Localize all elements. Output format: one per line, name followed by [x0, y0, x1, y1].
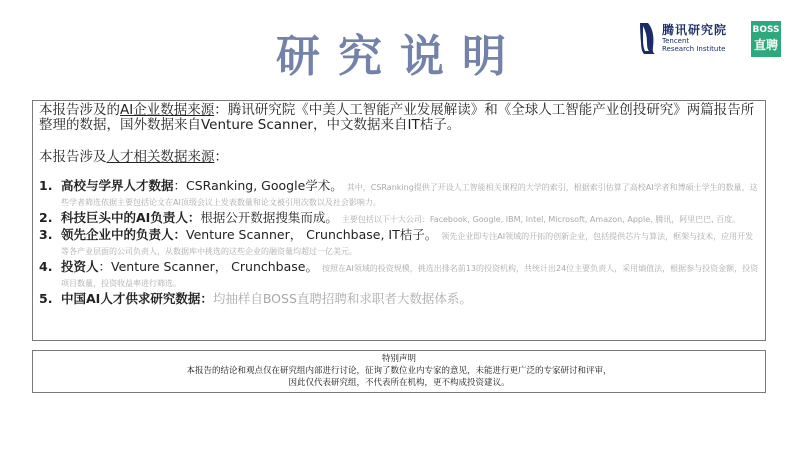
item-number: 3. — [39, 228, 61, 258]
talent-source-prefix: 本报告涉及 — [39, 149, 107, 165]
list-item: 2. 科技巨头中的AI负责人：根据公开数据搜集而成。 主要包括以下十大公司：Fa… — [39, 211, 759, 226]
list-item: 3. 领先企业中的负责人：Venture Scanner， Crunchbase… — [39, 228, 759, 258]
talent-source-label: 人才相关数据来源 — [107, 149, 215, 165]
tencent-penguin-icon — [638, 21, 656, 55]
item-number: 5. — [39, 292, 61, 306]
list-item: 4. 投资人：Venture Scanner， Crunchbase。 按照在A… — [39, 260, 759, 290]
talent-source-colon: ： — [215, 149, 229, 165]
boss-zhipin-logo: BOSS 直聘 — [751, 21, 781, 57]
disclaimer-title: 特别声明 — [33, 353, 765, 365]
ai-data-source-paragraph: 本报告涉及的AI企业数据来源：腾讯研究院《中美人工智能产业发展解读》和《全球人工… — [39, 103, 759, 133]
item-note: 主要包括以下十大公司：Facebook, Google, IBM, Intel,… — [342, 215, 740, 224]
item-number: 4. — [39, 260, 61, 290]
research-notes-box: 本报告涉及的AI企业数据来源：腾讯研究院《中美人工智能产业发展解读》和《全球人工… — [32, 100, 766, 341]
disclaimer-line-2: 因此仅代表研究组，不代表所在机构，更不构成投资建议。 — [33, 377, 765, 389]
item-heading: 科技巨头中的AI负责人： — [61, 210, 200, 225]
list-item: 5. 中国AI人才供求研究数据：均抽样自BOSS直聘招聘和求职者大数据体系。 — [39, 292, 759, 306]
ai-source-label: AI企业数据来源 — [120, 102, 214, 118]
ai-source-prefix: 本报告涉及的 — [39, 102, 120, 118]
item-heading: 高校与学界人才数据 — [61, 178, 174, 193]
item-heading: 中国AI人才供求研究数据： — [61, 291, 213, 306]
logo-name-en-1: Tencent — [662, 37, 727, 45]
item-number: 1. — [39, 179, 61, 209]
logo-name-cn: 腾讯研究院 — [662, 23, 727, 37]
talent-data-source-heading: 本报告涉及人才相关数据来源： — [39, 150, 759, 165]
boss-logo-line1: BOSS — [751, 24, 781, 37]
disclaimer-box: 特别声明 本报告的结论和观点仅在研究组内部进行讨论，征询了数位业内专家的意见，未… — [32, 350, 766, 393]
ai-source-colon: ： — [214, 102, 228, 118]
item-source: 均抽样自BOSS直聘招聘和求职者大数据体系。 — [213, 291, 472, 306]
tencent-research-logo: 腾讯研究院 Tencent Research Institute — [638, 18, 727, 58]
item-source: ：Venture Scanner， Crunchbase。 — [99, 259, 318, 274]
item-source: ：CSRanking, Google学术。 — [174, 178, 343, 193]
item-heading: 领先企业中的负责人： — [61, 227, 186, 242]
talent-source-list: 1. 高校与学界人才数据：CSRanking, Google学术。 其中，CSR… — [39, 179, 759, 306]
item-heading: 投资人 — [61, 259, 99, 274]
logo-name-en-2: Research Institute — [662, 45, 727, 53]
boss-logo-line2: 直聘 — [751, 37, 781, 53]
item-source: Venture Scanner， Crunchbase, IT桔子。 — [186, 227, 437, 242]
item-source: 根据公开数据搜集而成。 — [200, 210, 338, 225]
list-item: 1. 高校与学界人才数据：CSRanking, Google学术。 其中，CSR… — [39, 179, 759, 209]
disclaimer-line-1: 本报告的结论和观点仅在研究组内部进行讨论，征询了数位业内专家的意见，未能进行更广… — [33, 365, 765, 377]
item-number: 2. — [39, 211, 61, 226]
